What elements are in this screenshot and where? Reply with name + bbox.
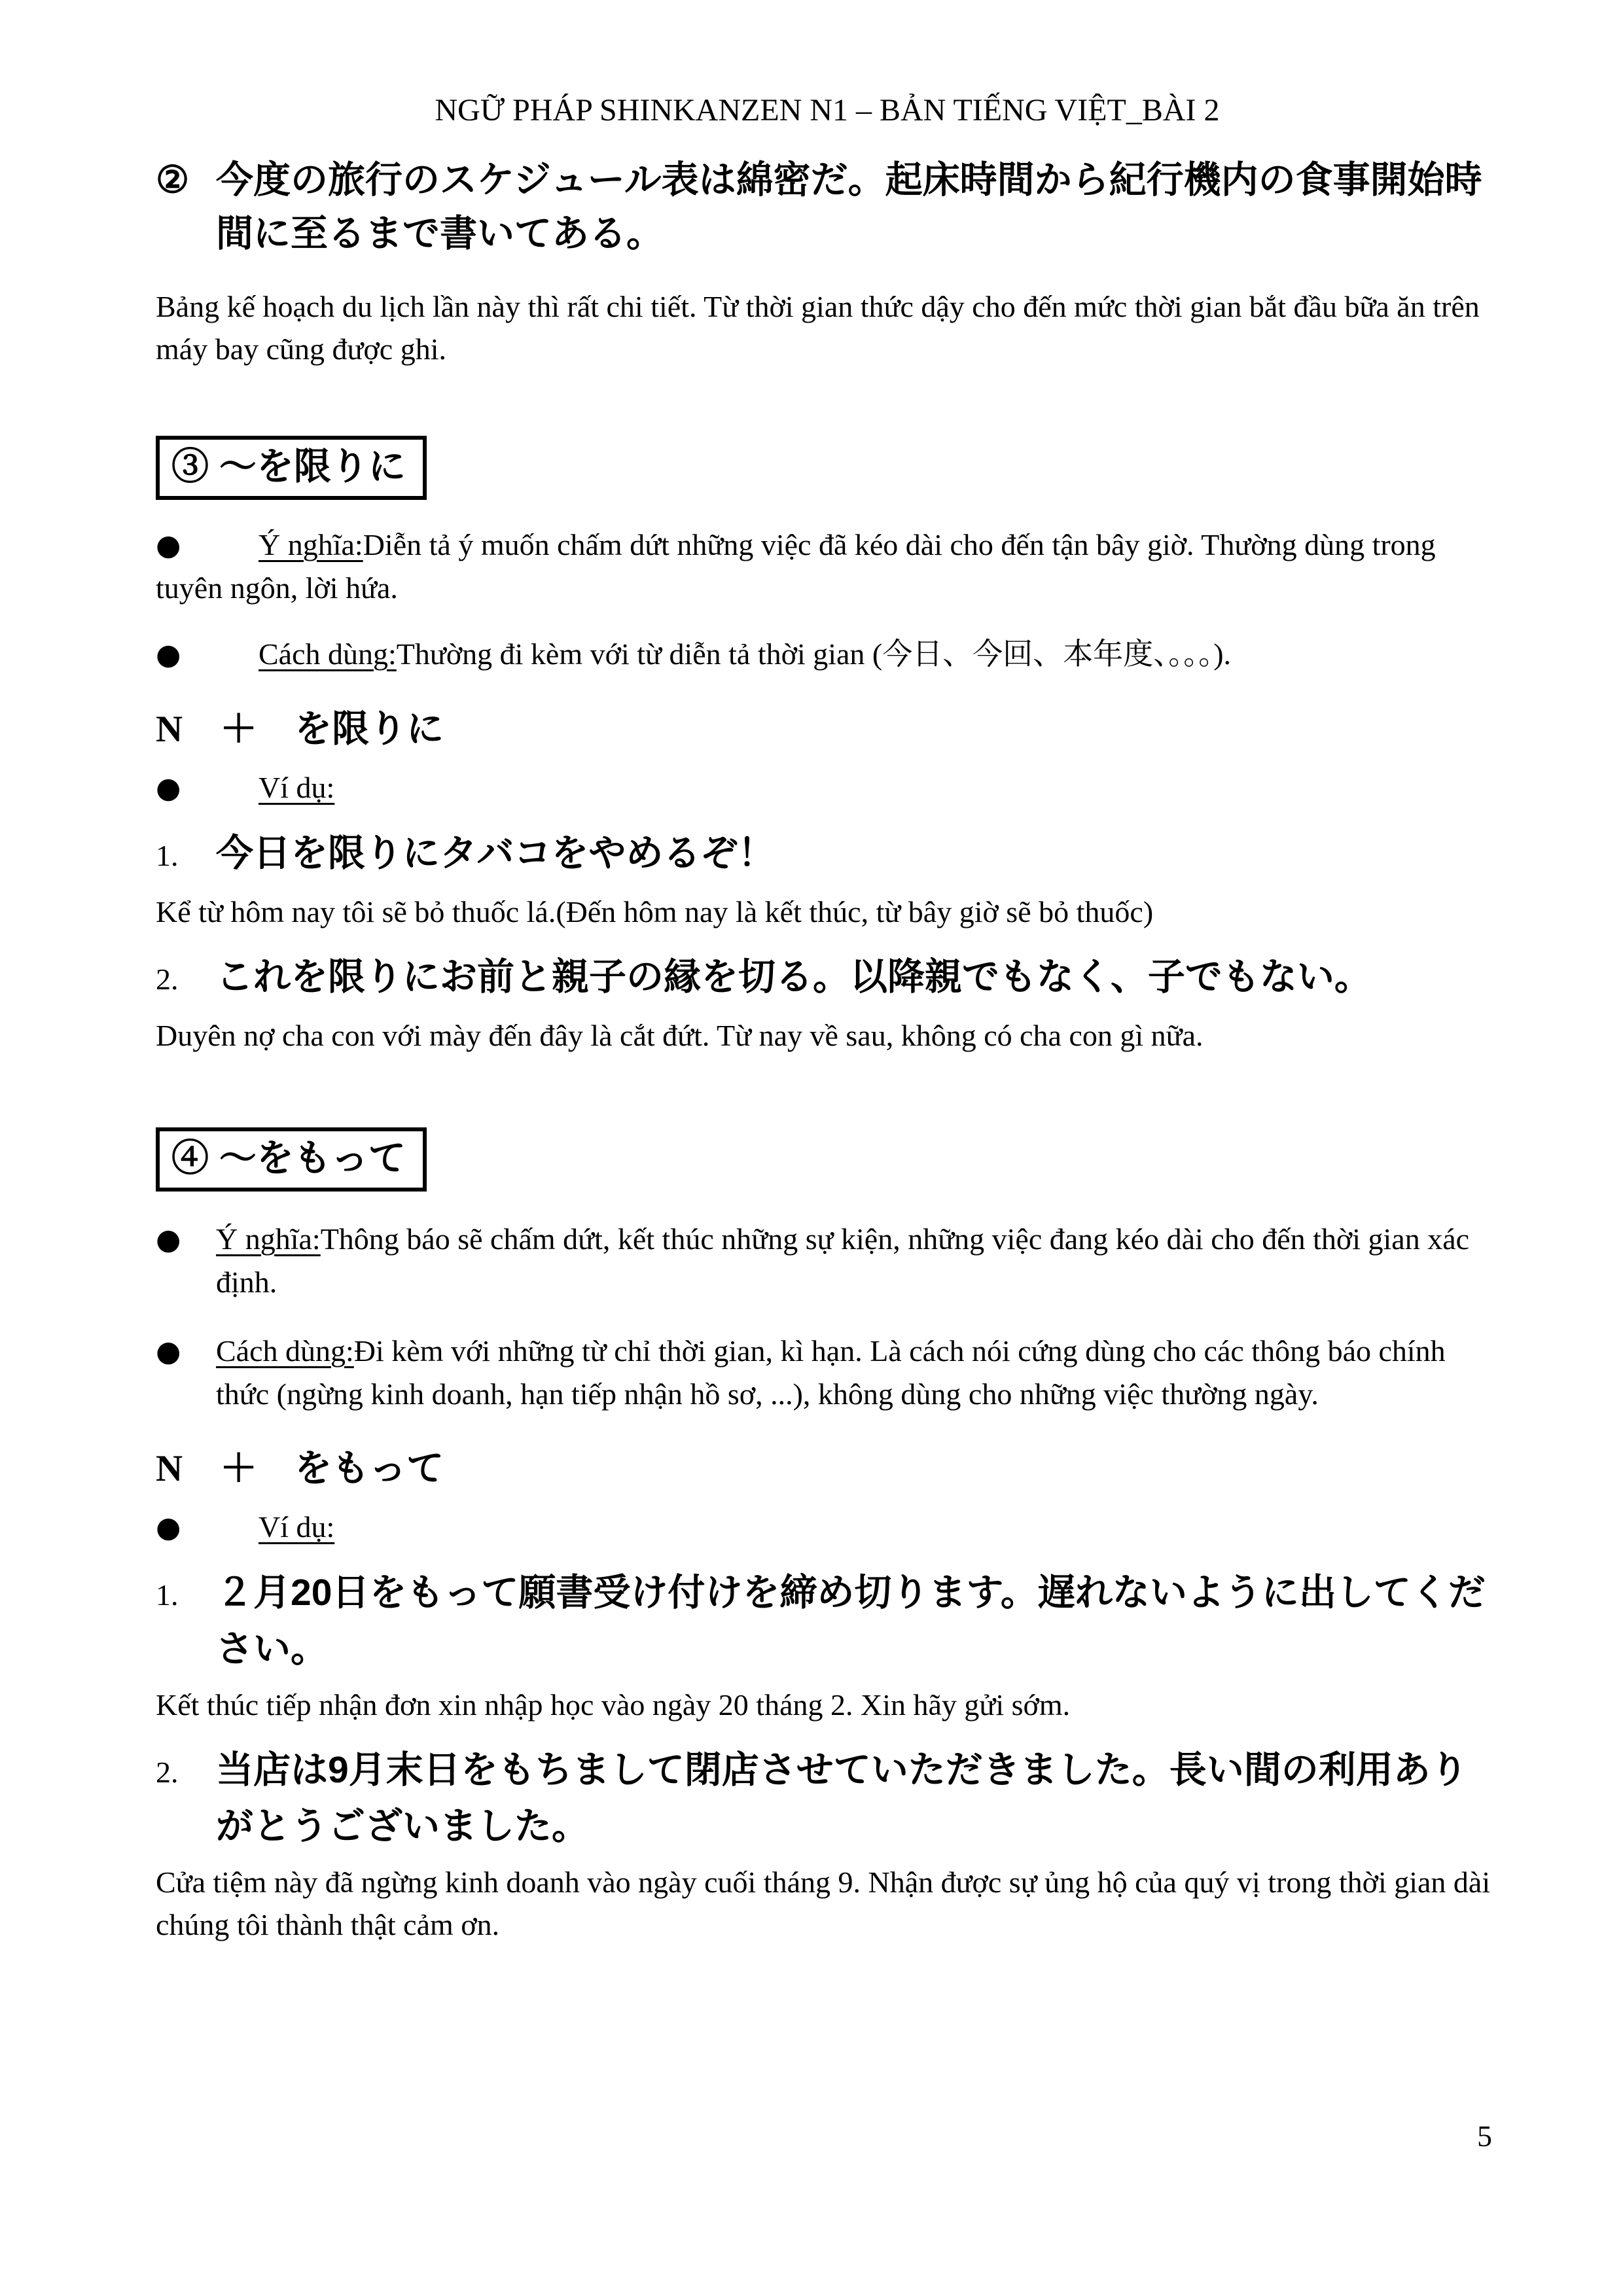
example-number: 1.	[156, 1568, 216, 1622]
section-3-meaning-item: ●Ý nghĩa:Diễn tả ý muốn chấm dứt những v…	[156, 523, 1499, 609]
example-japanese-text: 当店は9月末日をもちまして閉店させていただきました。長い間の利用ありがとうござい…	[216, 1749, 1468, 1847]
examples-label: Ví dụ:	[259, 1510, 334, 1544]
example-japanese-text: 今日を限りにタバコをやめるぞ！	[216, 832, 775, 874]
meaning-text: Thông báo sẽ chấm dứt, kết thúc những sự…	[216, 1222, 1469, 1299]
section-4-examples-label-item: ●Ví dụ:	[156, 1506, 1499, 1549]
example-number: 2.	[156, 953, 216, 1006]
section-4-example-1-japanese: 1.２月20日をもって願書受け付けを締め切ります。遅れないように出してください。	[156, 1566, 1499, 1676]
example-number: 2.	[156, 1746, 216, 1799]
section-3-example-1-translation: Kể từ hôm nay tôi sẽ bỏ thuốc lá.(Đến hô…	[156, 891, 1499, 933]
section-4-meaning-item: ●Ý nghĩa:Thông báo sẽ chấm dứt, kết thúc…	[156, 1218, 1499, 1303]
bullet-icon: ●	[156, 633, 259, 676]
section-4-example-1-translation: Kết thúc tiếp nhận đơn xin nhập học vào …	[156, 1684, 1499, 1726]
section-3-pattern-line: N ＋ を限りに	[156, 703, 1499, 756]
page-title: NGỮ PHÁP SHINKANZEN N1 – BẢN TIẾNG VIỆT_…	[156, 92, 1499, 130]
example-number: 1.	[156, 829, 216, 883]
example-japanese-text: これを限りにお前と親子の縁を切る。以降親でもなく、子でもない。	[216, 956, 1372, 998]
section-4-example-2-translation: Cửa tiệm này đã ngừng kinh doanh vào ngà…	[156, 1861, 1499, 1946]
document-page: NGỮ PHÁP SHINKANZEN N1 – BẢN TIẾNG VIỆT_…	[0, 0, 1623, 2296]
meaning-label: Ý nghĩa:	[259, 528, 363, 561]
section-3-heading-wrap: ③ ～を限りに	[156, 436, 1499, 500]
meaning-label: Ý nghĩa:	[216, 1222, 321, 1256]
bullet-icon: ●	[156, 1330, 216, 1373]
usage-text: Thường đi kèm với từ diễn tả thời gian (…	[397, 637, 1231, 671]
usage-text: Đi kèm với những từ chỉ thời gian, kì hạ…	[216, 1334, 1446, 1411]
bullet-icon: ●	[156, 524, 259, 567]
grammar-box-4: ④ ～をもって	[156, 1127, 427, 1192]
intro-vietnamese-translation: Bảng kế hoạch du lịch lần này thì rất ch…	[156, 285, 1499, 370]
section-4-heading-wrap: ④ ～をもって	[156, 1127, 1499, 1192]
bullet-icon: ●	[156, 1506, 259, 1549]
circled-number-marker: ②	[156, 153, 216, 207]
usage-label: Cách dùng:	[216, 1334, 354, 1368]
section-4-usage-item: ●Cách dùng:Đi kèm với những từ chỉ thời …	[156, 1330, 1499, 1415]
bullet-icon: ●	[156, 1218, 216, 1261]
grammar-box-3: ③ ～を限りに	[156, 436, 427, 500]
section-3-example-1-japanese: 1.今日を限りにタバコをやめるぞ！	[156, 826, 1499, 883]
section-3-example-2-translation: Duyên nợ cha con với mày đến đây là cắt …	[156, 1014, 1499, 1057]
usage-label: Cách dùng:	[259, 637, 397, 671]
section-4-pattern-line: N ＋ をもって	[156, 1443, 1499, 1495]
intro-japanese-text: 今度の旅行のスケジュール表は綿密だ。起床時間から紀行機内の食事開始時間に至るまで…	[216, 159, 1482, 255]
intro-japanese-sentence: ②今度の旅行のスケジュール表は綿密だ。起床時間から紀行機内の食事開始時間に至るま…	[156, 153, 1499, 260]
section-3-usage-item: ●Cách dùng:Thường đi kèm với từ diễn tả …	[156, 633, 1499, 676]
section-3-example-2-japanese: 2.これを限りにお前と親子の縁を切る。以降親でもなく、子でもない。	[156, 950, 1499, 1006]
examples-label: Ví dụ:	[259, 771, 334, 804]
section-3-examples-label-item: ●Ví dụ:	[156, 766, 1499, 809]
example-japanese-text: ２月20日をもって願書受け付けを締め切ります。遅れないように出してください。	[216, 1572, 1486, 1670]
page-number: 5	[1477, 2119, 1492, 2153]
bullet-icon: ●	[156, 767, 259, 809]
section-4-example-2-japanese: 2.当店は9月末日をもちまして閉店させていただきました。長い間の利用ありがとうご…	[156, 1743, 1499, 1853]
